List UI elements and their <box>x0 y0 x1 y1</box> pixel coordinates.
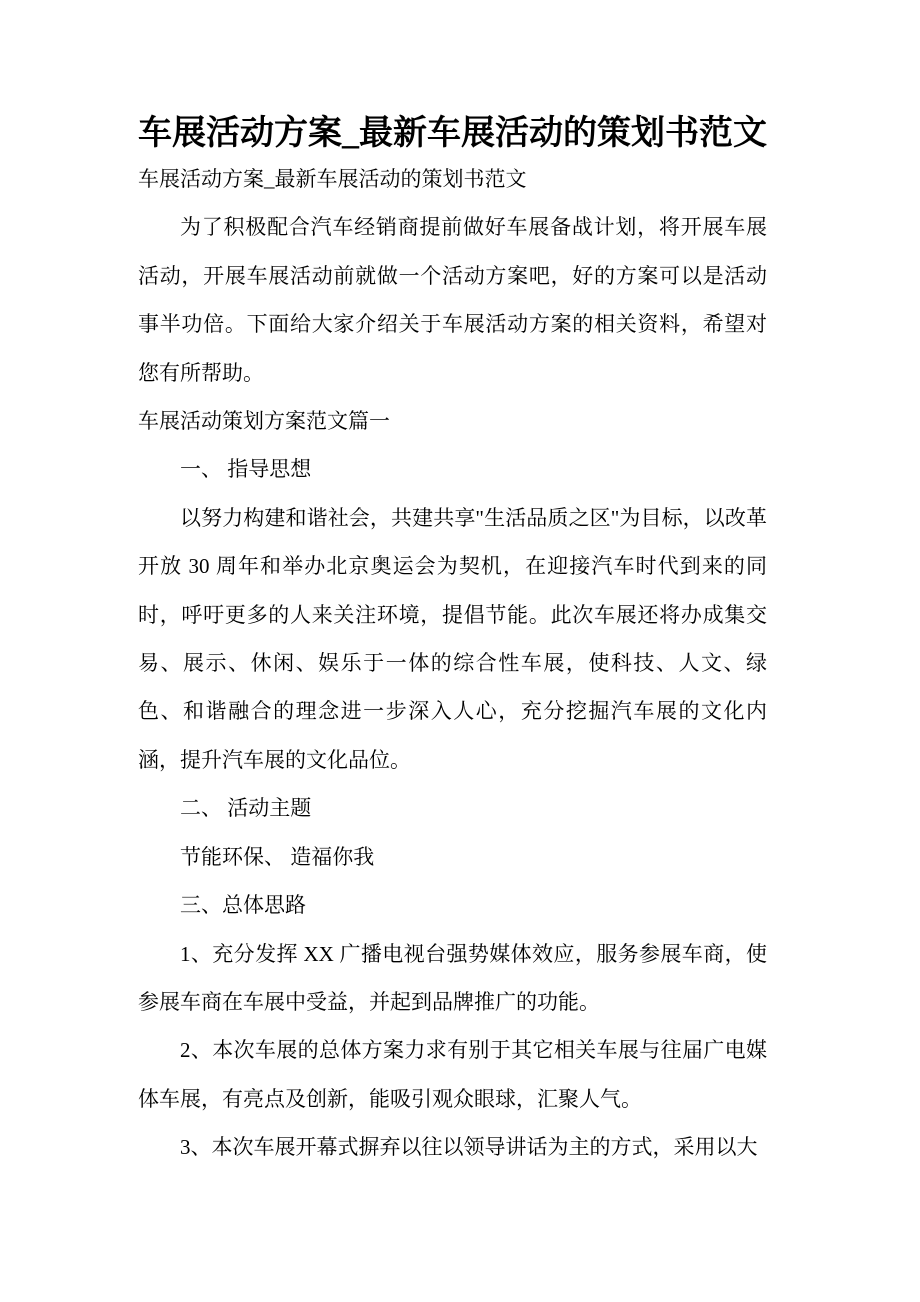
paragraph-point-3: 3、本次车展开幕式摒弃以往以领导讲话为主的方式，采用以大 <box>138 1123 767 1171</box>
document-page: 车展活动方案_最新车展活动的策划书范文 车展活动方案_最新车展活动的策划书范文 … <box>0 0 920 1302</box>
paragraph-point-2: 2、本次车展的总体方案力求有别于其它相关车展与往届广电媒体车展，有亮点及创新，能… <box>138 1026 767 1123</box>
paragraph-theme: 节能环保、 造福你我 <box>138 833 767 881</box>
paragraph-heading-1: 一、 指导思想 <box>138 445 767 493</box>
document-title: 车展活动方案_最新车展活动的策划书范文 <box>138 112 767 155</box>
paragraph-point-1: 1、充分发挥 XX 广播电视台强势媒体效应，服务参展车商，使参展车商在车展中受益… <box>138 930 767 1027</box>
document-content: 车展活动方案_最新车展活动的策划书范文 车展活动方案_最新车展活动的策划书范文 … <box>138 0 767 1172</box>
paragraph-subtitle: 车展活动方案_最新车展活动的策划书范文 <box>138 155 767 203</box>
paragraph-intro: 为了积极配合汽车经销商提前做好车展备战计划，将开展车展活动，开展车展活动前就做一… <box>138 203 767 397</box>
paragraph-heading-2: 二、 活动主题 <box>138 784 767 832</box>
paragraph-section-label: 车展活动策划方案范文篇一 <box>138 397 767 445</box>
paragraph-guiding-ideology: 以努力构建和谐社会，共建共享"生活品质之区"为目标，以改革开放 30 周年和举办… <box>138 494 767 784</box>
paragraph-heading-3: 三、总体思路 <box>138 881 767 929</box>
